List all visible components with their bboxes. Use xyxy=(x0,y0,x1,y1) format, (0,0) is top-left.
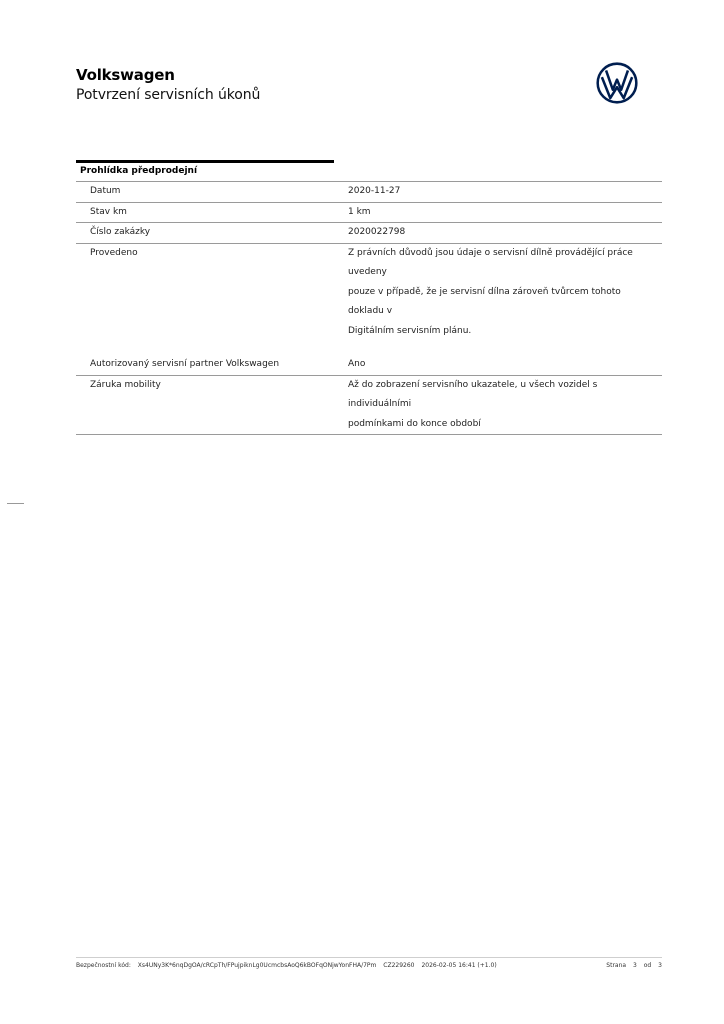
row-value: Ano xyxy=(348,355,662,375)
vw-logo-icon xyxy=(596,62,638,104)
brand-title: Volkswagen xyxy=(76,66,175,84)
page-current: 3 xyxy=(633,962,637,969)
row-value: 2020022798 xyxy=(348,223,662,243)
value-line: 1 km xyxy=(348,203,656,223)
page-label: Strana xyxy=(606,962,626,969)
margin-mark xyxy=(7,503,24,504)
value-line: Ano xyxy=(348,355,656,375)
row-spacer xyxy=(76,341,662,355)
row-value: 1 km xyxy=(348,203,662,223)
table-bottom-border xyxy=(76,434,662,435)
row-value: 2020-11-27 xyxy=(348,182,662,202)
row-label: Číslo zakázky xyxy=(76,223,348,243)
security-label: Bezpečnostní kód: xyxy=(76,962,131,969)
service-table: Datum2020-11-27Stav km1 kmČíslo zakázky2… xyxy=(76,181,662,435)
row-value: Až do zobrazení servisního ukazatele, u … xyxy=(348,376,662,435)
security-code: Xs4UNy3K*6nqDgOA/cRCpTh/FPujpiknLg0Ucmcb… xyxy=(138,962,377,969)
table-row: Záruka mobilityAž do zobrazení servisníh… xyxy=(76,375,662,435)
section-title: Prohlídka předprodejní xyxy=(80,166,197,176)
section-divider xyxy=(76,160,334,163)
row-label: Datum xyxy=(76,182,348,202)
value-line: pouze v případě, že je servisní dílna zá… xyxy=(348,283,656,322)
document-subtitle: Potvrzení servisních úkonů xyxy=(76,87,260,103)
value-line: podmínkami do konce období xyxy=(348,415,656,435)
row-label: Záruka mobility xyxy=(76,376,348,435)
value-line: 2020-11-27 xyxy=(348,182,656,202)
row-label: Autorizovaný servisní partner Volkswagen xyxy=(76,355,348,375)
value-line: Z právních důvodů jsou údaje o servisní … xyxy=(348,244,656,283)
row-value: Z právních důvodů jsou údaje o servisní … xyxy=(348,244,662,342)
timestamp: 2026-02-05 16:41 (+1.0) xyxy=(421,962,496,969)
dealer-id: CZ229260 xyxy=(383,962,414,969)
table-row: Číslo zakázky2020022798 xyxy=(76,222,662,243)
footer-security: Bezpečnostní kód: Xs4UNy3K*6nqDgOA/cRCpT… xyxy=(76,962,502,969)
row-label: Provedeno xyxy=(76,244,348,342)
value-line: Digitálním servisním plánu. xyxy=(348,322,656,342)
table-row: Stav km1 km xyxy=(76,202,662,223)
value-line: 2020022798 xyxy=(348,223,656,243)
page-of: od xyxy=(644,962,651,969)
table-row: Datum2020-11-27 xyxy=(76,181,662,202)
row-label: Stav km xyxy=(76,203,348,223)
page-total: 3 xyxy=(658,962,662,969)
table-row: Autorizovaný servisní partner Volkswagen… xyxy=(76,355,662,375)
page-indicator: Strana 3 od 3 xyxy=(606,962,662,969)
table-row: ProvedenoZ právních důvodů jsou údaje o … xyxy=(76,243,662,342)
footer-divider xyxy=(76,957,662,958)
value-line: Až do zobrazení servisního ukazatele, u … xyxy=(348,376,656,415)
